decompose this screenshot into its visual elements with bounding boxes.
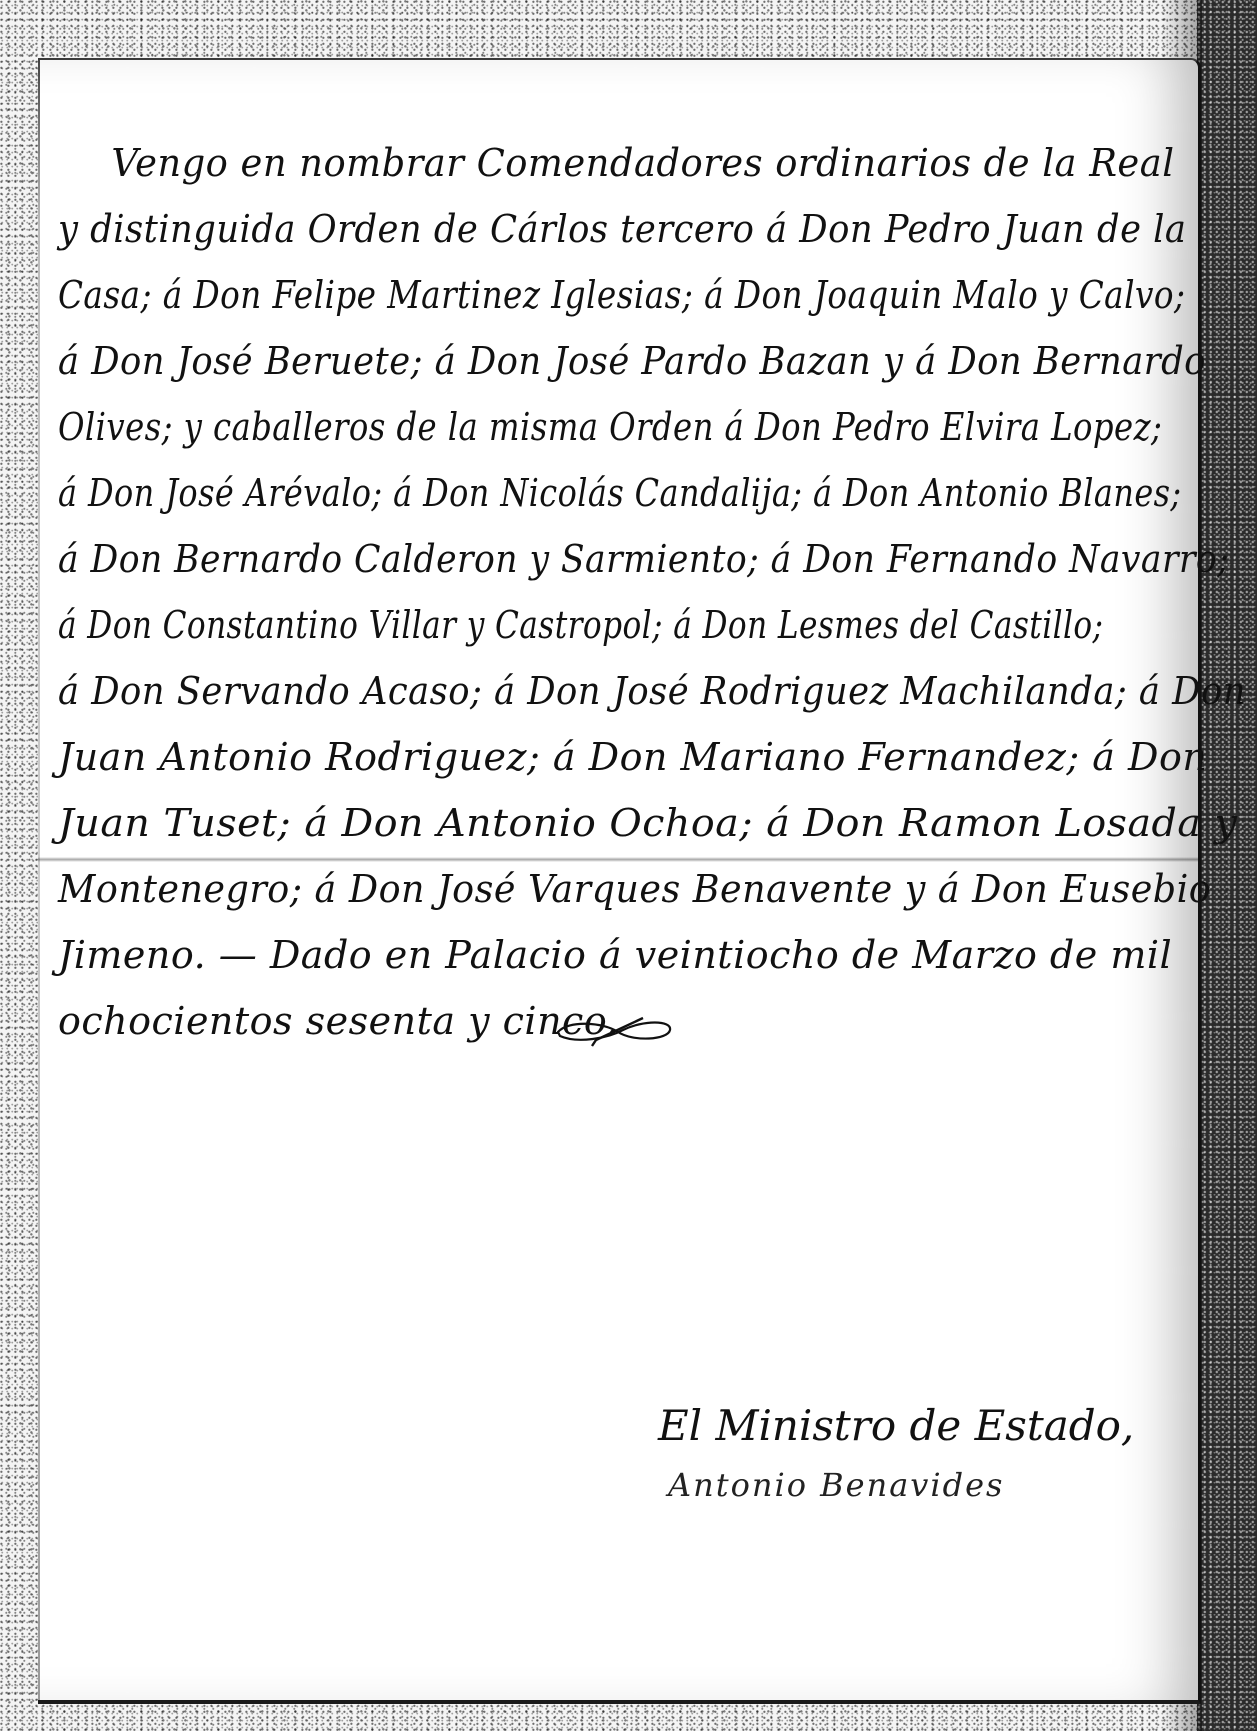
text-line-6: á Don José Arévalo; á Don Nicolás Candal… bbox=[58, 460, 1016, 526]
text-line-13: Jimeno. — Dado en Palacio á veintiocho d… bbox=[58, 922, 1198, 988]
text-line-7: á Don Bernardo Calderon y Sarmiento; á D… bbox=[58, 526, 1095, 592]
text-line-3: Casa; á Don Felipe Martinez Iglesias; á … bbox=[58, 262, 1038, 328]
signature-block: El Ministro de Estado, Antonio Benavides bbox=[658, 1396, 1134, 1514]
text-line-10: Juan Antonio Rodriguez; á Don Mariano Fe… bbox=[58, 724, 1198, 790]
manuscript-page: Vengo en nombrar Comendadores ordinarios… bbox=[38, 58, 1201, 1704]
decree-body: Vengo en nombrar Comendadores ordinarios… bbox=[58, 130, 1198, 1054]
rubric-flourish-icon bbox=[548, 1010, 678, 1050]
signatory-title: El Ministro de Estado, bbox=[658, 1396, 1134, 1456]
signatory-name: Antonio Benavides bbox=[658, 1456, 1134, 1514]
text-line-11: Juan Tuset; á Don Antonio Ochoa; á Don R… bbox=[58, 790, 1244, 856]
text-line-9: á Don Servando Acaso; á Don José Rodrigu… bbox=[58, 658, 1118, 724]
text-line-4: á Don José Beruete; á Don José Pardo Baz… bbox=[58, 328, 1118, 394]
text-line-2: y distinguida Orden de Cárlos tercero á … bbox=[58, 196, 1118, 262]
text-line-1: Vengo en nombrar Comendadores ordinarios… bbox=[58, 130, 1164, 196]
scan-binding-edge bbox=[1197, 0, 1257, 1731]
text-line-5: Olives; y caballeros de la misma Orden á… bbox=[58, 394, 1027, 460]
text-line-8: á Don Constantino Villar y Castropol; á … bbox=[58, 592, 993, 658]
text-line-12: Montenegro; á Don José Varques Benavente… bbox=[58, 856, 1152, 922]
